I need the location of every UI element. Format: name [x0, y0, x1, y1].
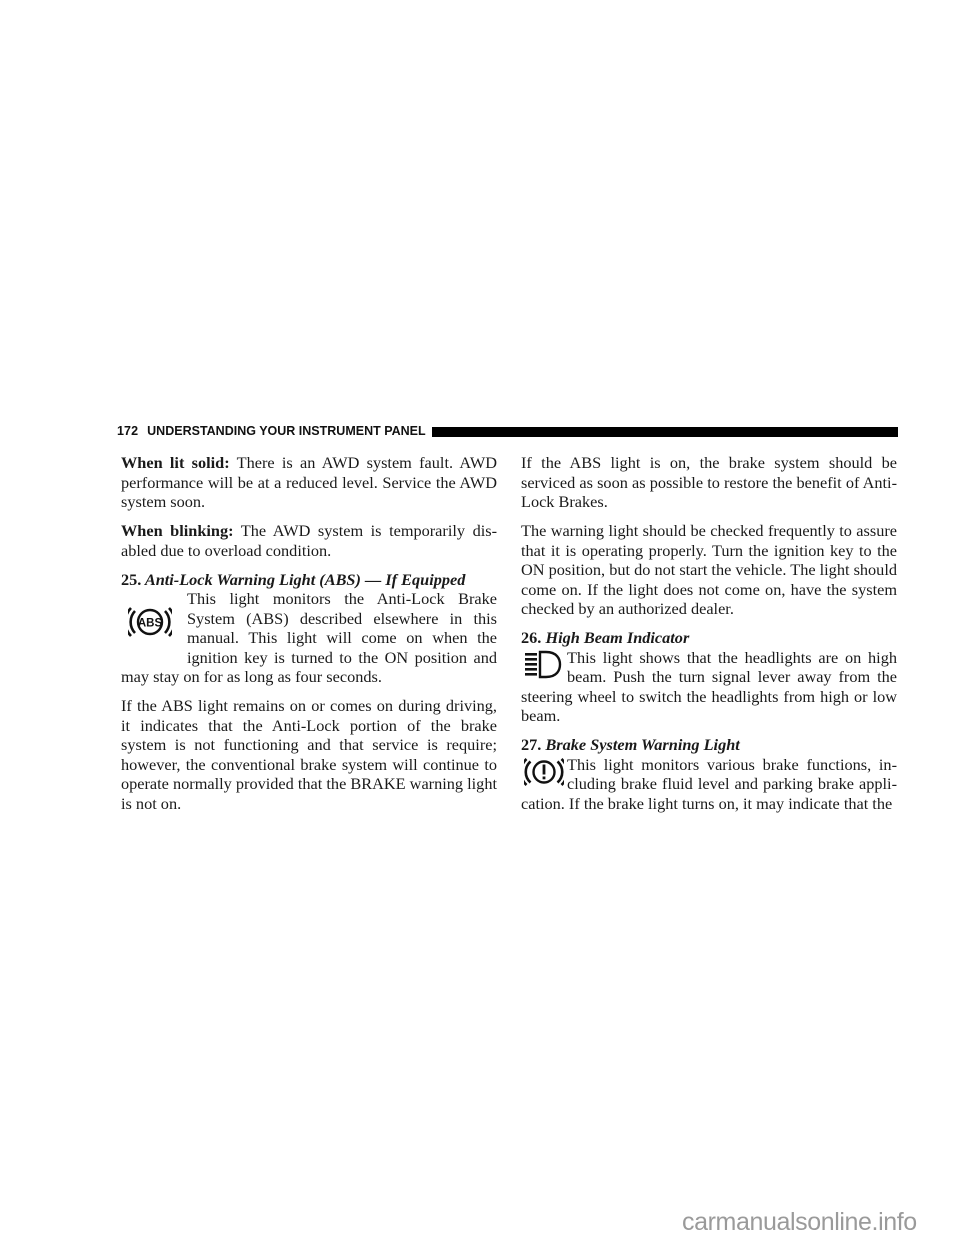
watermark: carmanualsonline.info [682, 1208, 917, 1237]
paragraph-text: This light shows that the headlights are… [521, 648, 897, 726]
chapter-title: UNDERSTANDING YOUR INSTRUMENT PANEL [147, 424, 425, 438]
section-number: 27. [521, 735, 541, 754]
lead-label: When blinking: [121, 521, 234, 540]
section-27-body: This light monitors various brake functi… [521, 755, 897, 814]
section-heading-25: 25. Anti-Lock Warning Light (ABS) — If E… [121, 570, 497, 590]
page-header: 172 UNDERSTANDING YOUR INSTRUMENT PANEL [117, 423, 898, 439]
section-heading-27: 27. Brake System Warning Light [521, 735, 897, 755]
section-title: Anti-Lock Warning Light (ABS) — If Equip… [145, 570, 466, 589]
left-column: When lit solid: There is an AWD system f… [121, 453, 497, 823]
paragraph-abs-driving: If the ABS light remains on or comes on … [121, 696, 497, 813]
paragraph-when-blinking: When blinking: The AWD system is tempora… [121, 521, 497, 560]
brake-warning-icon [521, 755, 567, 791]
paragraph-check-light: The warning light should be checked freq… [521, 521, 897, 619]
section-number: 26. [521, 628, 541, 647]
right-column: If the ABS light is on, the brake system… [521, 453, 897, 823]
section-title: High Beam Indicator [545, 628, 689, 647]
section-number: 25. [121, 570, 141, 589]
section-25-body: ABS This light monitors the Anti-Lock Br… [121, 589, 497, 687]
abs-warning-icon: ABS [121, 589, 179, 651]
section-26-body: This light shows that the headlights are… [521, 648, 897, 726]
paragraph-when-lit-solid: When lit solid: There is an AWD system f… [121, 453, 497, 512]
section-title: Brake System Warning Light [545, 735, 739, 754]
high-beam-icon [521, 648, 567, 684]
paragraph-text: This light monitors various brake functi… [521, 755, 897, 813]
paragraph-abs-service: If the ABS light is on, the brake system… [521, 453, 897, 512]
lead-label: When lit solid: [121, 453, 230, 472]
page-number: 172 [117, 424, 138, 438]
header-rule-bar [432, 427, 898, 437]
svg-text:ABS: ABS [138, 618, 163, 630]
section-heading-26: 26. High Beam Indicator [521, 628, 897, 648]
